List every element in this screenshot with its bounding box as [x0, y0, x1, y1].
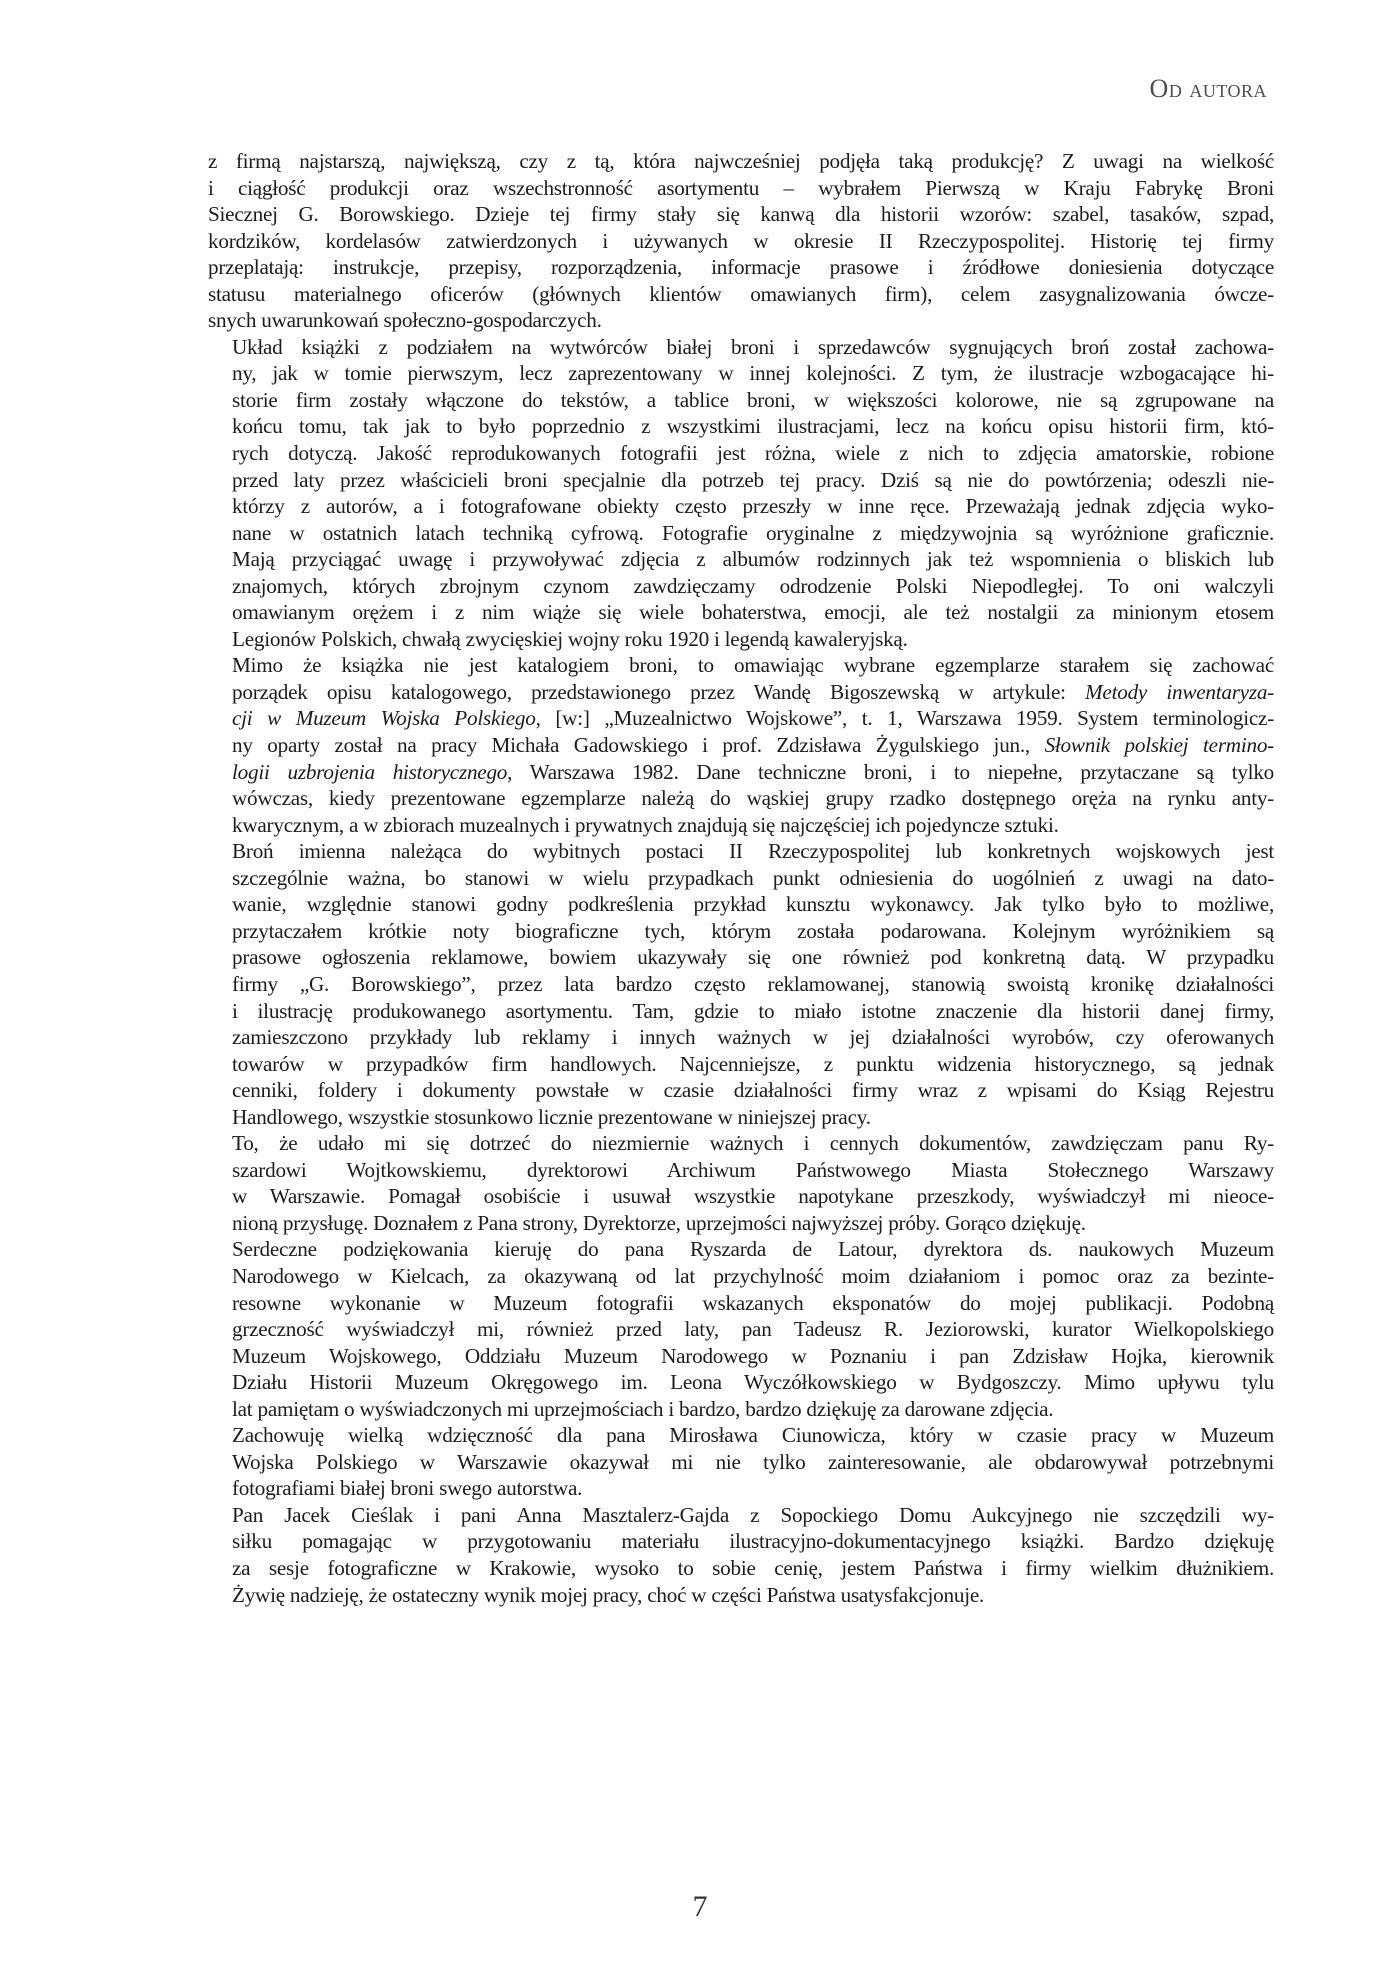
text-line: statusu materialnego oficerów (głównych … [208, 281, 1274, 308]
text-line: wówczas, kiedy prezentowane egzemplarze … [208, 785, 1274, 812]
text-line: Mają przyciągać uwagę i przywoływać zdję… [208, 546, 1274, 573]
text-line: Handlowego, wszystkie stosunkowo licznie… [208, 1104, 1274, 1131]
text-line: końcu tomu, tak jak to było poprzednio z… [208, 413, 1274, 440]
text-line: siłku pomagając w przygotowaniu materiał… [208, 1528, 1274, 1555]
text-line: ny, jak w tomie pierwszym, lecz zaprezen… [208, 360, 1274, 387]
text-line: cenniki, foldery i dokumenty powstałe w … [208, 1077, 1274, 1104]
text-line: rych dotyczą. Jakość reprodukowanych fot… [208, 440, 1274, 467]
text-line: którzy z autorów, a i fotografowane obie… [208, 493, 1274, 520]
text-line: szczególnie ważna, bo stanowi w wielu pr… [208, 865, 1274, 892]
paragraph: Układ książki z podziałem na wytwórców b… [208, 334, 1274, 653]
text-line: w Warszawie. Pomagał osobiście i usuwał … [208, 1183, 1274, 1210]
page-number: 7 [0, 1890, 1400, 1924]
text-line: Serdeczne podziękowania kieruję do pana … [208, 1236, 1274, 1263]
text-line: przeplatają: instrukcje, przepisy, rozpo… [208, 254, 1274, 281]
text-line: cji w Muzeum Wojska Polskiego, [w:] „Muz… [208, 705, 1274, 732]
text-line: i ilustrację produkowanego asortymentu. … [208, 998, 1274, 1025]
paragraph: Broń imienna należąca do wybitnych posta… [208, 838, 1274, 1130]
text-line: snych uwarunkowań społeczno-gospodarczyc… [208, 307, 1274, 334]
text-line: logii uzbrojenia historycznego, Warszawa… [208, 759, 1274, 786]
text-line: wanie, względnie stanowi godny podkreśle… [208, 891, 1274, 918]
paragraph: Zachowuję wielką wdzięczność dla pana Mi… [208, 1422, 1274, 1502]
text-line: To, że udało mi się dotrzeć do niezmiern… [208, 1130, 1274, 1157]
text-line: nane w ostatnich latach techniką cyfrową… [208, 520, 1274, 547]
text-line: Żywię nadzieję, że ostateczny wynik moje… [208, 1582, 1274, 1609]
paragraph: Pan Jacek Cieślak i pani Anna Masztalerz… [208, 1502, 1274, 1608]
paragraph: Serdeczne podziękowania kieruję do pana … [208, 1236, 1274, 1422]
text-line: Pan Jacek Cieślak i pani Anna Masztalerz… [208, 1502, 1274, 1529]
text-line: przed laty przez właścicieli broni specj… [208, 467, 1274, 494]
paragraph: To, że udało mi się dotrzeć do niezmiern… [208, 1130, 1274, 1236]
text-line: zamieszczono przykłady lub reklamy i inn… [208, 1024, 1274, 1051]
running-head: Od autora [1150, 74, 1267, 104]
text-line: firmy „G. Borowskiego”, przez lata bardz… [208, 971, 1274, 998]
text-line: kordzików, kordelasów zatwierdzonych i u… [208, 228, 1274, 255]
text-line: przytaczałem krótkie noty biograficzne t… [208, 918, 1274, 945]
text-line: prasowe ogłoszenia reklamowe, bowiem uka… [208, 944, 1274, 971]
text-line: porządek opisu katalogowego, przedstawio… [208, 679, 1274, 706]
body-text: z firmą najstarszą, największą, czy z tą… [208, 148, 1274, 1608]
text-line: Zachowuję wielką wdzięczność dla pana Mi… [208, 1422, 1274, 1449]
text-line: Siecznej G. Borowskiego. Dzieje tej firm… [208, 201, 1274, 228]
text-line: Muzeum Wojskowego, Oddziału Muzeum Narod… [208, 1343, 1274, 1370]
text-line: Mimo że książka nie jest katalogiem bron… [208, 652, 1274, 679]
text-line: szardowi Wojtkowskiemu, dyrektorowi Arch… [208, 1157, 1274, 1184]
text-line: fotografiami białej broni swego autorstw… [208, 1475, 1274, 1502]
text-line: znajomych, których zbrojnym czynom zawdz… [208, 573, 1274, 600]
text-line: Broń imienna należąca do wybitnych posta… [208, 838, 1274, 865]
text-line: i ciągłość produkcji oraz wszechstronnoś… [208, 175, 1274, 202]
text-line: Legionów Polskich, chwałą zwycięskiej wo… [208, 626, 1274, 653]
text-line: ny oparty został na pracy Michała Gadows… [208, 732, 1274, 759]
text-line: Wojska Polskiego w Warszawie okazywał mi… [208, 1449, 1274, 1476]
text-line: za sesje fotograficzne w Krakowie, wysok… [208, 1555, 1274, 1582]
text-line: Narodowego w Kielcach, za okazywaną od l… [208, 1263, 1274, 1290]
text-line: towarów w przypadków firm handlowych. Na… [208, 1051, 1274, 1078]
text-line: z firmą najstarszą, największą, czy z tą… [208, 148, 1274, 175]
text-line: nioną przysługę. Doznałem z Pana strony,… [208, 1210, 1274, 1237]
text-line: lat pamiętam o wyświadczonych mi uprzejm… [208, 1396, 1274, 1423]
paragraph: Mimo że książka nie jest katalogiem bron… [208, 652, 1274, 838]
paragraph: z firmą najstarszą, największą, czy z tą… [208, 148, 1274, 334]
text-line: grzeczność wyświadczył mi, również przed… [208, 1316, 1274, 1343]
text-line: Działu Historii Muzeum Okręgowego im. Le… [208, 1369, 1274, 1396]
text-line: omawianym orężem i z nim wiąże się wiele… [208, 599, 1274, 626]
text-line: Układ książki z podziałem na wytwórców b… [208, 334, 1274, 361]
text-line: storie firm zostały włączone do tekstów,… [208, 387, 1274, 414]
text-line: kwarycznym, a w zbiorach muzealnych i pr… [208, 812, 1274, 839]
text-line: resowne wykonanie w Muzeum fotografii ws… [208, 1290, 1274, 1317]
